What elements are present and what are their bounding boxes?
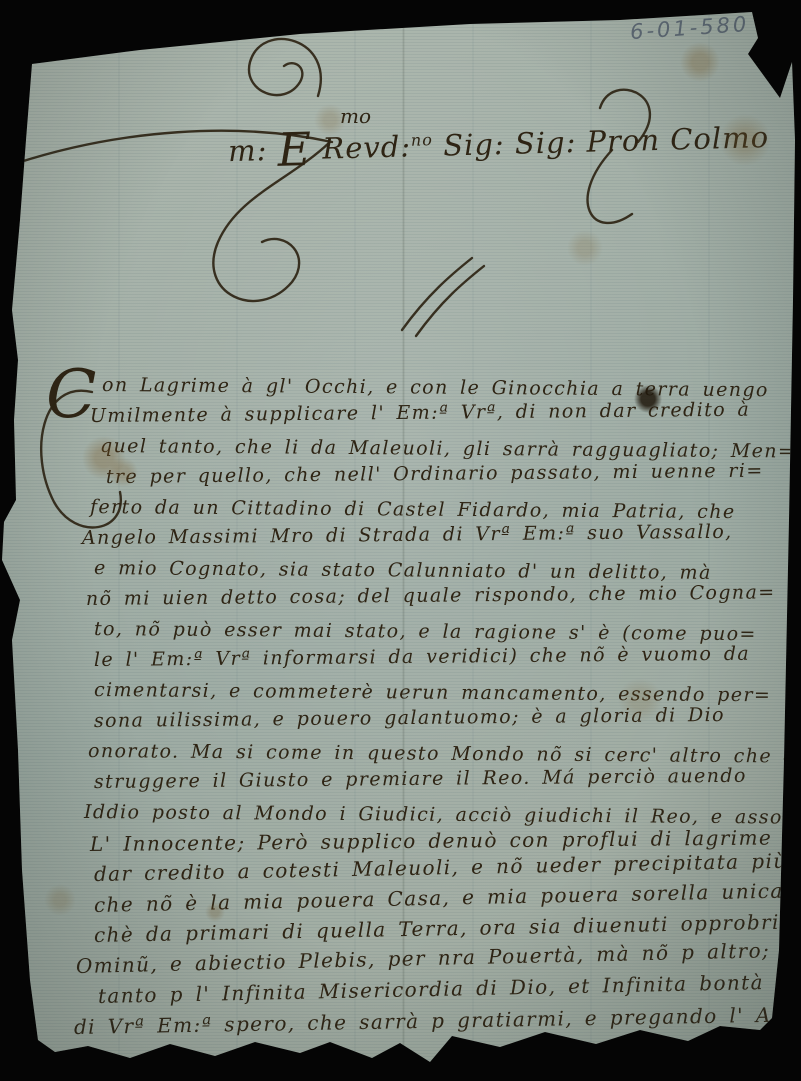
archive-number: 6-01-580 [629,12,750,44]
manuscript-scan: 6-01-580 mo m: E Revd:no Sig: Sig: Pron … [0,0,801,1081]
body-line: sona uilissima, e pouero galantuomo; è a… [94,703,780,740]
header-superscript-no: no [411,130,433,150]
body-line: Angelo Massimi Mro di Strada di Vrª Em:ª… [82,520,780,557]
body-line: le l' Em:ª Vrª informarsi da veridici) c… [94,642,780,679]
salutation-part3: Revd: [322,129,412,165]
body-line: Umilmente à supplicare l' Em:ª Vrª, di n… [90,398,780,435]
salutation-part1: m: [228,133,268,168]
body-line: tre per quello, che nell' Ordinario pass… [106,459,780,496]
paper-sheet: 6-01-580 mo m: E Revd:no Sig: Sig: Pron … [0,0,801,1081]
header-superscript-mo: mo [340,104,371,128]
salutation-line: m: E Revd:no Sig: Sig: Pron Colmo [228,122,699,168]
salutation-part4: Sig: Sig: Pron Colmo [443,120,770,163]
letter-body: on Lagrime à gl' Occhi, e con le Ginocch… [60,374,780,1045]
salutation-part2: E [277,122,313,177]
body-line: nõ mi uien detto cosa; del quale rispond… [86,581,780,618]
header-spiral-flourish [249,39,321,96]
body-line: struggere il Giusto e premiare il Reo. M… [94,764,780,801]
double-slash-mark [402,258,484,336]
